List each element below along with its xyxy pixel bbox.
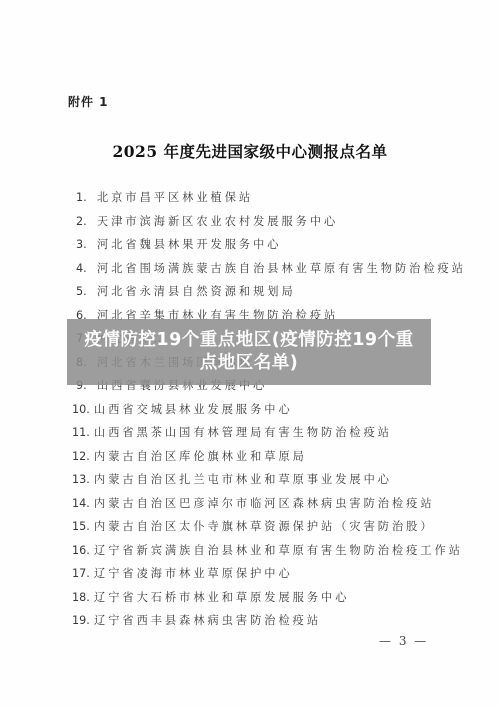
item-number: 4. [76,257,94,281]
item-number: 3. [76,233,94,257]
item-number: 19. [72,609,94,633]
item-text: 河北省永清县自然资源和规划局 [97,285,296,298]
item-text: 内蒙古自治区巴彦淖尔市临河区森林病虫害防治检疫站 [94,497,435,510]
page-number: — 3 — [379,634,428,648]
item-text: 内蒙古自治区扎兰屯市林业和草原事业发展中心 [94,473,392,486]
list-item: 3.河北省魏县林果开发服务中心 [76,233,466,257]
item-number: 1. [76,186,94,210]
item-text: 天津市滨海新区农业农村发展服务中心 [97,215,338,228]
item-number: 5. [76,280,94,304]
item-number: 17. [72,562,94,586]
list-item: 14.内蒙古自治区巴彦淖尔市临河区森林病虫害防治检疫站 [76,492,466,516]
document-title: 2025 年度先进国家级中心测报点名单 [0,140,500,162]
item-number: 16. [72,539,94,563]
item-number: 18. [72,586,94,610]
item-number: 11. [72,421,94,445]
list-item: 4.河北省围场满族蒙古族自治县林业草原有害生物防治检疫站 [76,257,466,281]
item-text: 山西省黑茶山国有林管理局有害生物防治检疫站 [94,426,392,439]
item-number: 15. [72,515,94,539]
list-item: 10.山西省交城县林业发展服务中心 [76,398,466,422]
list-item: 19.辽宁省西丰县森林病虫害防治检疫站 [76,609,466,633]
list-item: 16.辽宁省新宾满族自治县林业和草原有害生物防治检疫工作站 [76,539,466,563]
list-item: 1.北京市昌平区林业植保站 [76,186,466,210]
item-text: 内蒙古自治区库伦旗林业和草原局 [94,450,307,463]
item-text: 辽宁省西丰县森林病虫害防治检疫站 [94,614,321,627]
item-number: 14. [72,492,94,516]
item-text: 山西省交城县林业发展服务中心 [94,403,293,416]
item-text: 河北省围场满族蒙古族自治县林业草原有害生物防治检疫站 [97,262,466,275]
item-number: 2. [76,210,94,234]
list-item: 18.辽宁省大石桥市林业和草原发展服务中心 [76,586,466,610]
item-number: 12. [72,445,94,469]
station-list: 1.北京市昌平区林业植保站 2.天津市滨海新区农业农村发展服务中心 3.河北省魏… [76,186,466,633]
item-text: 内蒙古自治区太仆寺旗林草资源保护站（灾害防治股） [94,520,435,533]
attachment-label: 附件 1 [68,93,109,110]
caption-overlay: 疫情防控19个重点地区(疫情防控19个重点地区名单) [67,319,431,385]
item-text: 北京市昌平区林业植保站 [97,191,253,204]
list-item: 2.天津市滨海新区农业农村发展服务中心 [76,210,466,234]
item-text: 辽宁省新宾满族自治县林业和草原有害生物防治检疫工作站 [94,544,463,557]
list-item: 11.山西省黑茶山国有林管理局有害生物防治检疫站 [76,421,466,445]
item-number: 10. [72,398,94,422]
list-item: 15.内蒙古自治区太仆寺旗林草资源保护站（灾害防治股） [76,515,466,539]
list-item: 17.辽宁省凌海市林业草原保护中心 [76,562,466,586]
list-item: 12.内蒙古自治区库伦旗林业和草原局 [76,445,466,469]
caption-text: 疫情防控19个重点地区(疫情防控19个重点地区名单) [79,329,419,375]
item-text: 辽宁省大石桥市林业和草原发展服务中心 [94,591,349,604]
item-text: 辽宁省凌海市林业草原保护中心 [94,567,293,580]
item-text: 河北省魏县林果开发服务中心 [97,238,281,251]
item-number: 13. [72,468,94,492]
list-item: 5.河北省永清县自然资源和规划局 [76,280,466,304]
list-item: 13.内蒙古自治区扎兰屯市林业和草原事业发展中心 [76,468,466,492]
